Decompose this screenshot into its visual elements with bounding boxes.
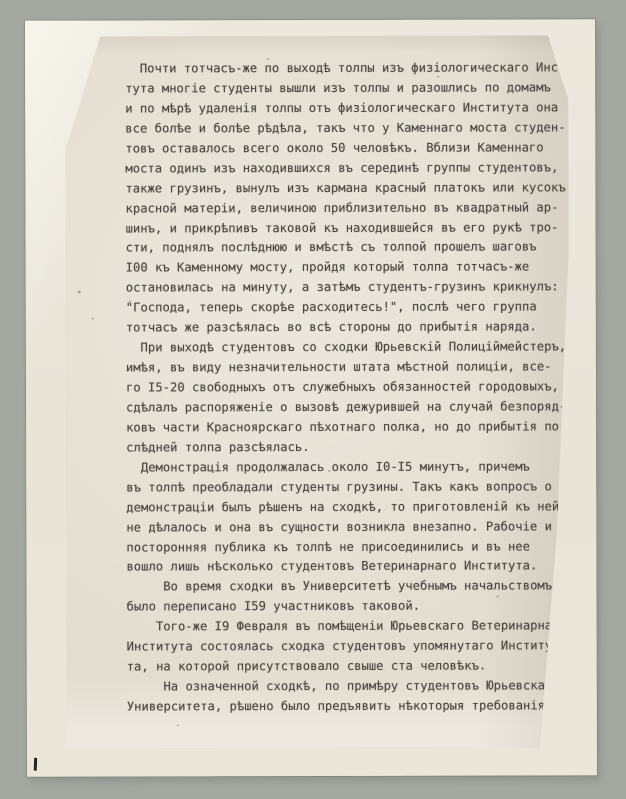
- text-line: та, на которой присутствовало свыше ста …: [127, 656, 579, 677]
- dust-speck: [437, 76, 439, 78]
- dust-speck: [78, 291, 81, 294]
- text-line: На означенной сходкѣ, по примѣру студент…: [127, 676, 579, 697]
- text-line: было переписано I59 участниковъ таковой.: [127, 597, 579, 618]
- text-line: также грузинъ, вынулъ изъ кармана красны…: [125, 178, 577, 199]
- text-line: "Господа, теперь скорѣе расходитесь!", п…: [126, 298, 578, 319]
- mount-sheet: Почти тотчасъ-же по выходѣ толпы изъ физ…: [25, 19, 597, 776]
- photo-print: Почти тотчасъ-же по выходѣ толпы изъ физ…: [65, 35, 570, 748]
- text-line: го I5-20 свободныхъ отъ служебныхъ обяза…: [126, 377, 578, 398]
- text-line: Во время сходки въ Университетѣ учебнымъ…: [126, 577, 578, 598]
- text-line: слѣдней толпа разсѣялась.: [126, 437, 578, 458]
- text-line: шинъ, и прикрѣпивъ таковой къ находившей…: [126, 218, 578, 239]
- text-line: товъ оставалось всего около 50 человѣкъ.…: [125, 138, 577, 159]
- text-line: Университета, рѣшено было предъявить нѣк…: [127, 696, 579, 717]
- dust-speck: [92, 318, 94, 320]
- text-line: моста одинъ изъ находившихся въ серединѣ…: [125, 158, 577, 179]
- text-line: посторонняя публика къ толпѣ не присоеди…: [126, 537, 578, 558]
- text-line: тута многіе студенты вышли изъ толпы и р…: [125, 78, 577, 99]
- text-line: сдѣлалъ распоряженіе о вызовѣ дежурившей…: [126, 397, 578, 418]
- dust-speck: [177, 724, 179, 726]
- text-line: Того-же I9 Февраля въ помѣщеніи Юрьевска…: [127, 617, 579, 638]
- text-line: Демонстрація продолжалась около I0-I5 ми…: [126, 457, 578, 478]
- text-line: въ толпѣ преобладали студенты грузины. Т…: [126, 477, 578, 498]
- dust-speck: [328, 470, 330, 472]
- text-line: остановилась на минуту, а затѣмъ студент…: [126, 278, 578, 299]
- text-line: демонстраціи былъ рѣшенъ на сходкѣ, то п…: [126, 497, 578, 518]
- text-line: красной матеріи, величиною приблизительн…: [125, 198, 577, 219]
- text-line: все болѣе и болѣе рѣдѣла, такъ что у Кам…: [125, 118, 577, 139]
- text-line: тотчасъ же разсѣялась во всѣ стороны до …: [126, 317, 578, 338]
- text-line: и по мѣрѣ удаленія толпы отъ физіологиче…: [125, 98, 577, 119]
- text-line: Института состоялась сходка студентовъ у…: [127, 636, 579, 657]
- text-line: I00 къ Каменному мосту, пройдя который т…: [126, 258, 578, 279]
- dust-speck: [497, 596, 499, 598]
- pen-mark: [34, 758, 37, 771]
- dust-speck: [129, 300, 131, 302]
- text-line: не дѣлалось и она въ сущности возникла в…: [126, 517, 578, 538]
- dust-speck: [267, 58, 269, 60]
- text-line: сти, поднялъ послѣднюю и вмѣстѣ съ толпо…: [126, 238, 578, 259]
- text-line: При выходѣ студентовъ со сходки Юрьевскі…: [126, 337, 578, 358]
- text-line: Почти тотчасъ-же по выходѣ толпы изъ физ…: [125, 58, 577, 79]
- text-line: ковъ части Красноярскаго пѣхотнаго полка…: [126, 417, 578, 438]
- text-line: имѣя, въ виду незначительности штата мѣс…: [126, 357, 578, 378]
- text-line: вошло лишь нѣсколько студентовъ Ветерина…: [126, 557, 578, 578]
- document-text: Почти тотчасъ-же по выходѣ толпы изъ физ…: [125, 58, 579, 717]
